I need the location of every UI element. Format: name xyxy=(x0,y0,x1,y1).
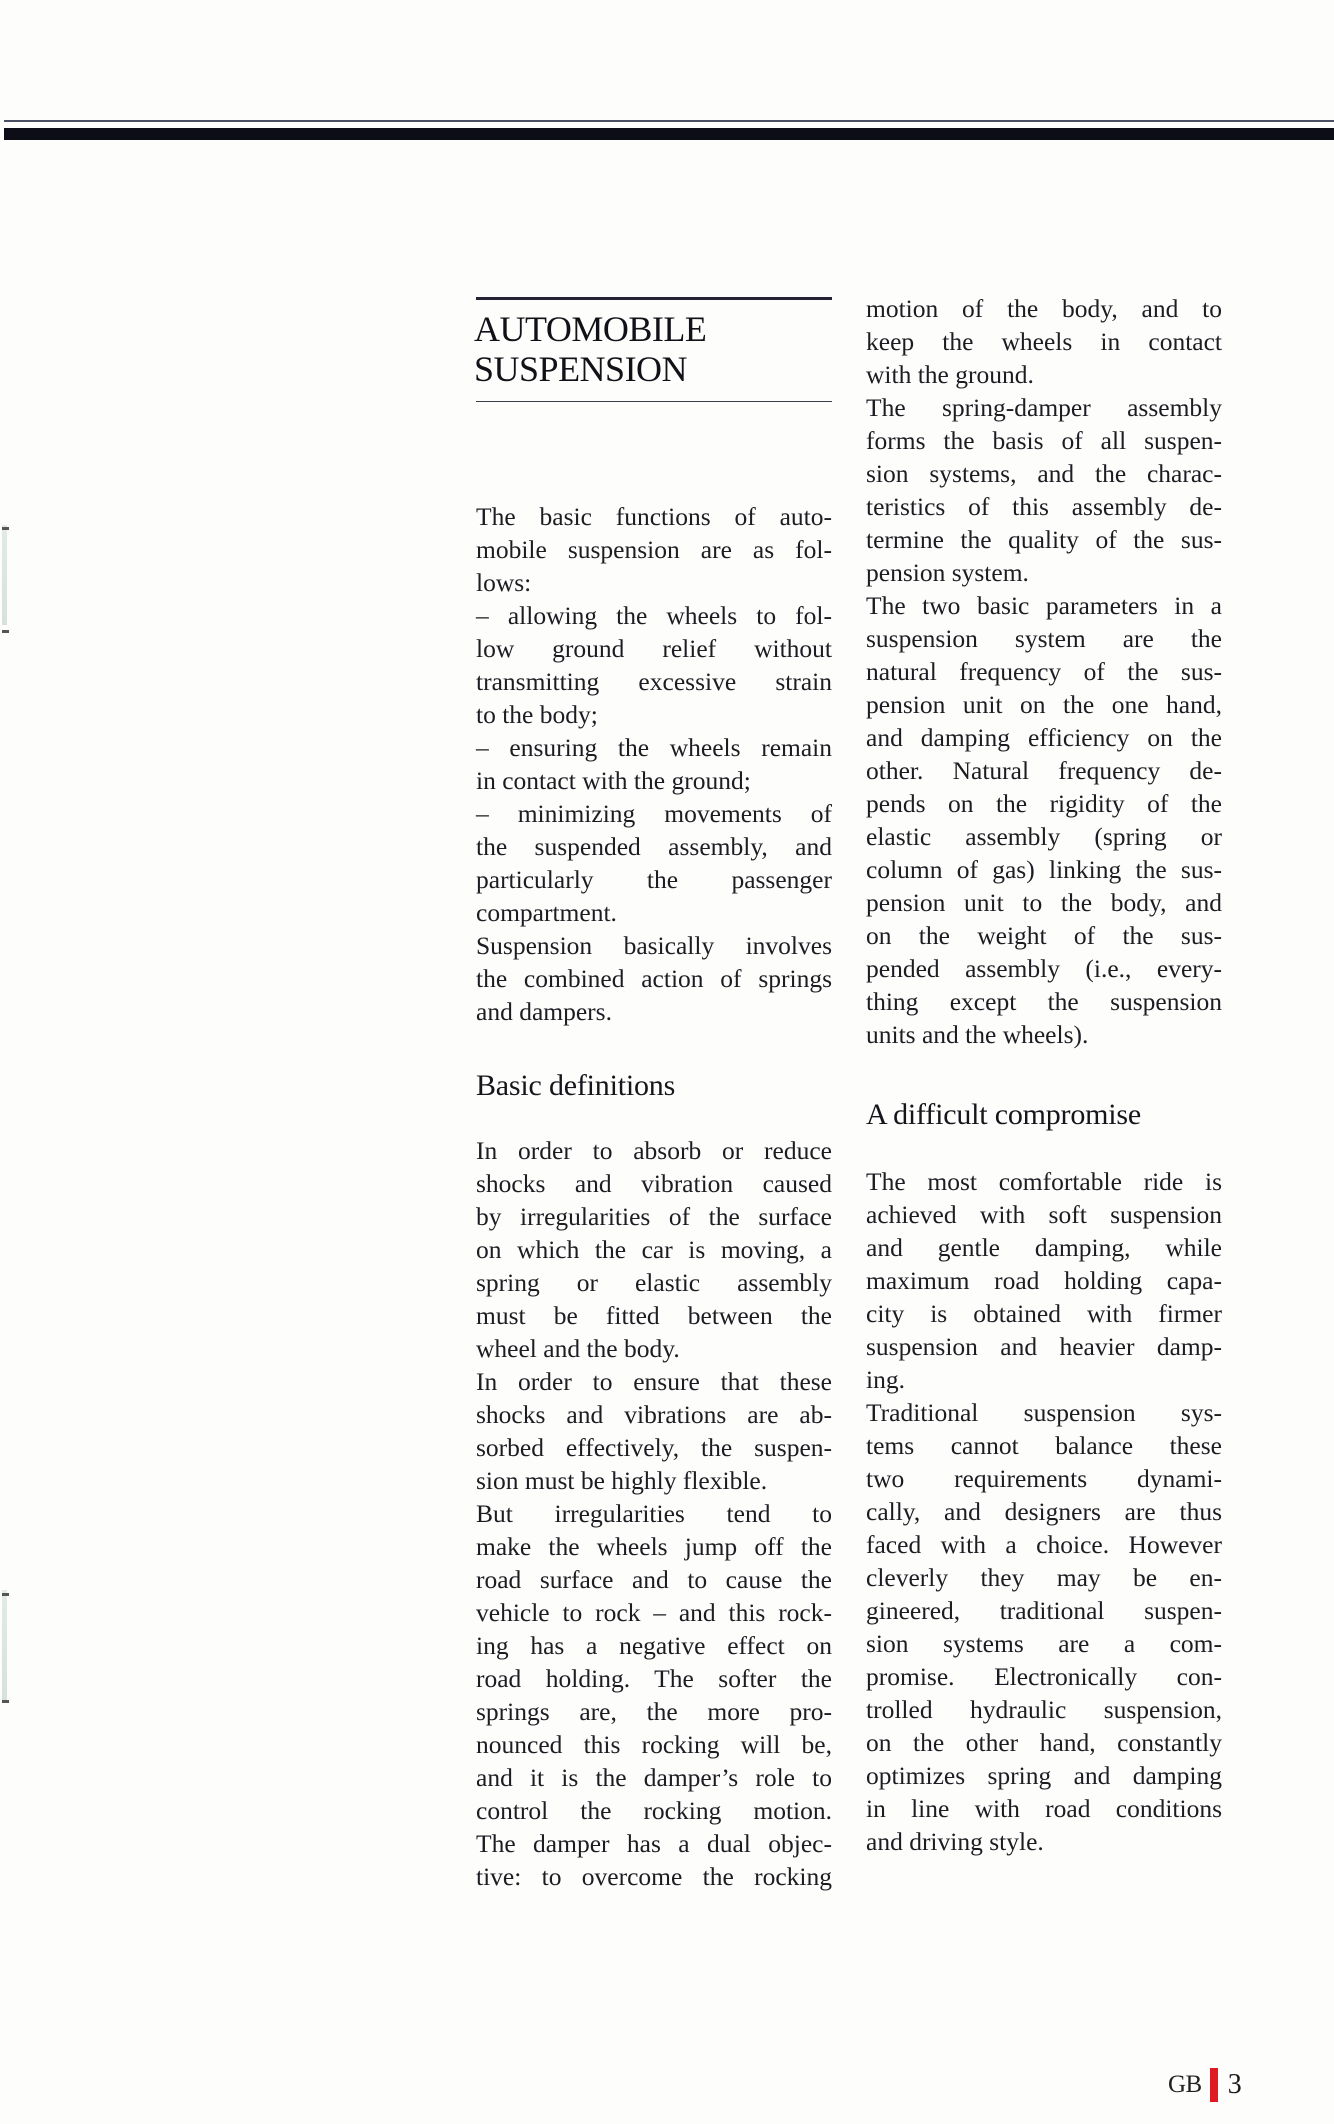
text-line: spring or elastic assembly xyxy=(476,1266,832,1299)
page-edge-mark xyxy=(2,525,7,625)
text-line: tive: to overcome the rocking xyxy=(476,1860,832,1893)
text-line: ing has a negative effect on xyxy=(476,1629,832,1662)
text-line: pension unit on the one hand, xyxy=(866,688,1222,721)
text-line: control the rocking motion. xyxy=(476,1794,832,1827)
text-line: cleverly they may be en- xyxy=(866,1561,1222,1594)
text-line: the combined action of springs xyxy=(476,962,832,995)
text-line: – allowing the wheels to fol- xyxy=(476,599,832,632)
header-thick-rule xyxy=(4,128,1334,140)
text-line: and it is the damper’s role to xyxy=(476,1761,832,1794)
text-line: gineered, traditional suspen- xyxy=(866,1594,1222,1627)
text-line: lows: xyxy=(476,566,832,599)
text-line: The damper has a dual objec- xyxy=(476,1827,832,1860)
text-line: two requirements dynami- xyxy=(866,1462,1222,1495)
text-line: must be fitted between the xyxy=(476,1299,832,1332)
text-line: In order to absorb or reduce xyxy=(476,1134,832,1167)
text-line: compartment. xyxy=(476,896,832,929)
text-line: sorbed effectively, the suspen- xyxy=(476,1431,832,1464)
text-line: sion systems are a com- xyxy=(866,1627,1222,1660)
page-title: AUTOMOBILE SUSPENSION xyxy=(474,309,706,389)
text-line: keep the wheels in contact xyxy=(866,325,1222,358)
text-line: road surface and to cause the xyxy=(476,1563,832,1596)
page-title-line: AUTOMOBILE xyxy=(474,309,706,349)
text-line: maximum road holding capa- xyxy=(866,1264,1222,1297)
text-line: column of gas) linking the sus- xyxy=(866,853,1222,886)
text-line: The spring-damper assembly xyxy=(866,391,1222,424)
text-line: in contact with the ground; xyxy=(476,764,832,797)
page-edge-tick xyxy=(2,630,9,633)
text-line: particularly the passenger xyxy=(476,863,832,896)
text-line: city is obtained with firmer xyxy=(866,1297,1222,1330)
text-line: suspension system are the xyxy=(866,622,1222,655)
page-edge-tick xyxy=(2,1593,9,1596)
text-line: Suspension basically involves xyxy=(476,929,832,962)
text-line: thing except the suspension xyxy=(866,985,1222,1018)
text-line: and dampers. xyxy=(476,995,832,1028)
text-line: wheel and the body. xyxy=(476,1332,832,1365)
text-line: The two basic parameters in a xyxy=(866,589,1222,622)
page-edge-mark xyxy=(2,1590,7,1700)
text-line: low ground relief without xyxy=(476,632,832,665)
text-line: with the ground. xyxy=(866,358,1222,391)
text-line: springs are, the more pro- xyxy=(476,1695,832,1728)
section-heading: Basic definitions xyxy=(476,1068,675,1104)
text-line: on the weight of the sus- xyxy=(866,919,1222,952)
text-line: In order to ensure that these xyxy=(476,1365,832,1398)
text-line: and gentle damping, while xyxy=(866,1231,1222,1264)
text-line: faced with a choice. However xyxy=(866,1528,1222,1561)
text-line: termine the quality of the sus- xyxy=(866,523,1222,556)
text-line: by irregularities of the surface xyxy=(476,1200,832,1233)
text-line: tems cannot balance these xyxy=(866,1429,1222,1462)
language-code: GB xyxy=(1168,2071,1202,2099)
text-line: motion of the body, and to xyxy=(866,292,1222,325)
title-bottom-rule xyxy=(476,401,832,402)
text-line: sion systems, and the charac- xyxy=(866,457,1222,490)
text-line: in line with road conditions xyxy=(866,1792,1222,1825)
header-thin-rule xyxy=(4,120,1334,122)
text-line: – minimizing movements of xyxy=(476,797,832,830)
text-line: pension system. xyxy=(866,556,1222,589)
text-line: make the wheels jump off the xyxy=(476,1530,832,1563)
text-line: road holding. The softer the xyxy=(476,1662,832,1695)
text-line: promise. Electronically con- xyxy=(866,1660,1222,1693)
text-line: on which the car is moving, a xyxy=(476,1233,832,1266)
text-line: pension unit to the body, and xyxy=(866,886,1222,919)
text-line: on the other hand, constantly xyxy=(866,1726,1222,1759)
text-line: The basic functions of auto- xyxy=(476,500,832,533)
text-line: achieved with soft suspension xyxy=(866,1198,1222,1231)
text-line: and damping efficiency on the xyxy=(866,721,1222,754)
page-footer: GB 3 xyxy=(1168,2068,1242,2102)
section-heading: A difficult compromise xyxy=(866,1097,1141,1133)
text-line: transmitting excessive strain xyxy=(476,665,832,698)
text-line: and driving style. xyxy=(866,1825,1222,1858)
text-line: other. Natural frequency de- xyxy=(866,754,1222,787)
text-line: shocks and vibration caused xyxy=(476,1167,832,1200)
text-line: mobile suspension are as fol- xyxy=(476,533,832,566)
text-line: natural frequency of the sus- xyxy=(866,655,1222,688)
text-line: units and the wheels). xyxy=(866,1018,1222,1051)
text-line: forms the basis of all suspen- xyxy=(866,424,1222,457)
text-line: pended assembly (i.e., every- xyxy=(866,952,1222,985)
text-line: – ensuring the wheels remain xyxy=(476,731,832,764)
text-line: elastic assembly (spring or xyxy=(866,820,1222,853)
text-line: vehicle to rock – and this rock- xyxy=(476,1596,832,1629)
text-line: ing. xyxy=(866,1363,1222,1396)
text-line: trolled hydraulic suspension, xyxy=(866,1693,1222,1726)
text-line: teristics of this assembly de- xyxy=(866,490,1222,523)
text-line: optimizes spring and damping xyxy=(866,1759,1222,1792)
text-line: pends on the rigidity of the xyxy=(866,787,1222,820)
text-line: the suspended assembly, and xyxy=(476,830,832,863)
text-line: suspension and heavier damp- xyxy=(866,1330,1222,1363)
page-number: 3 xyxy=(1228,2069,1242,2101)
title-top-rule xyxy=(476,297,832,300)
text-line: But irregularities tend to xyxy=(476,1497,832,1530)
red-accent-bar xyxy=(1210,2068,1218,2102)
text-line: shocks and vibrations are ab- xyxy=(476,1398,832,1431)
page-edge-tick xyxy=(2,1700,9,1703)
page-edge-tick xyxy=(2,527,9,530)
text-line: to the body; xyxy=(476,698,832,731)
page-title-line: SUSPENSION xyxy=(474,349,706,389)
text-line: The most comfortable ride is xyxy=(866,1165,1222,1198)
text-line: cally, and designers are thus xyxy=(866,1495,1222,1528)
text-line: sion must be highly flexible. xyxy=(476,1464,832,1497)
text-line: nounced this rocking will be, xyxy=(476,1728,832,1761)
text-line: Traditional suspension sys- xyxy=(866,1396,1222,1429)
